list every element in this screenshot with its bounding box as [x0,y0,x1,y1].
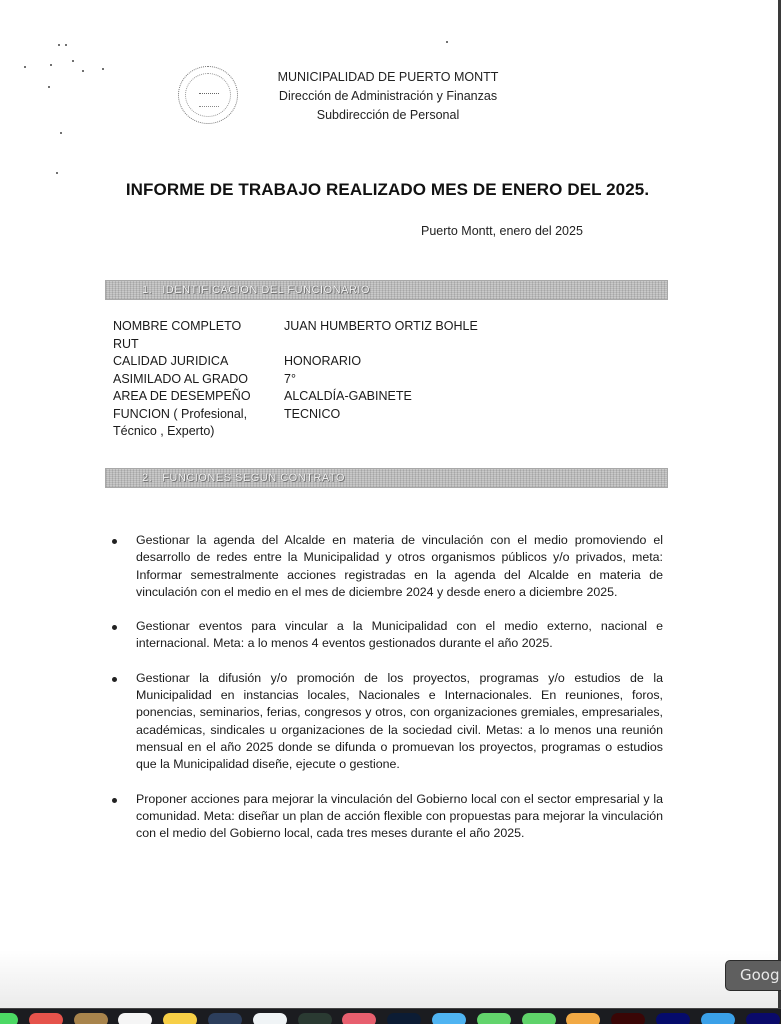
bullet-icon [112,677,117,682]
letterhead: MUNICIPALIDAD DE PUERTO MONTT Dirección … [268,68,508,125]
field-label: FUNCION ( Profesional, Técnico , Experto… [113,406,284,441]
app-orange-icon[interactable] [566,1013,600,1024]
field-value [284,336,673,354]
letterhead-subdepartment: Subdirección de Personal [268,106,508,125]
scan-speck [65,44,67,46]
field-label: AREA DE DESEMPEÑO [113,388,284,406]
list-item: Gestionar eventos para vincular a la Mun… [108,618,663,653]
bullet-icon [112,539,117,544]
scan-speck [50,64,52,66]
identification-table: NOMBRE COMPLETO JUAN HUMBERTO ORTIZ BOHL… [113,318,673,441]
app-deepblue-icon[interactable] [656,1013,690,1024]
app-pink-icon[interactable] [342,1013,376,1024]
document-title: INFORME DE TRABAJO REALIZADO MES DE ENER… [100,180,675,200]
scan-speck [58,44,60,46]
app-brown-icon[interactable] [74,1013,108,1024]
app-darkblue-icon[interactable] [387,1013,421,1024]
notes-icon[interactable] [163,1013,197,1024]
document-page: MUNICIPALIDAD DE PUERTO MONTT Dirección … [0,0,778,1000]
document-viewer: MUNICIPALIDAD DE PUERTO MONTT Dirección … [0,0,778,1008]
list-item: Gestionar la agenda del Alcalde en mater… [108,532,663,601]
section-title: IDENTIFICACION DEL FUNCIONARIO [162,284,370,296]
field-label: NOMBRE COMPLETO [113,318,284,336]
functions-list: Gestionar la agenda del Alcalde en mater… [108,532,663,859]
section-header-functions: 2.FUNCIONES SEGUN CONTRATO [105,468,668,488]
section-number: 1. [142,284,152,296]
table-row: RUT [113,336,673,354]
field-value: TECNICO [284,406,673,441]
scan-speck [24,66,26,68]
scan-speck [446,41,448,43]
field-label: CALIDAD JURIDICA [113,353,284,371]
table-row: CALIDAD JURIDICA HONORARIO [113,353,673,371]
function-text: Gestionar la difusión y/o promoción de l… [136,671,663,771]
app-white-icon[interactable] [118,1013,152,1024]
bullet-icon [112,625,117,630]
letterhead-municipality: MUNICIPALIDAD DE PUERTO MONTT [268,68,508,87]
section-header-identification: 1.IDENTIFICACION DEL FUNCIONARIO [105,280,668,300]
table-row: AREA DE DESEMPEÑO ALCALDÍA-GABINETE [113,388,673,406]
letterhead-department: Dirección de Administración y Finanzas [268,87,508,106]
field-value: JUAN HUMBERTO ORTIZ BOHLE [284,318,673,336]
finder-icon[interactable] [432,1013,466,1024]
table-row: NOMBRE COMPLETO JUAN HUMBERTO ORTIZ BOHL… [113,318,673,336]
function-text: Gestionar eventos para vincular a la Mun… [136,619,663,650]
section-number: 2. [142,472,152,484]
field-label: ASIMILADO AL GRADO [113,371,284,389]
document-date: Puerto Montt, enero del 2025 [421,224,583,238]
field-value: 7° [284,371,673,389]
list-item: Gestionar la difusión y/o promoción de l… [108,670,663,774]
app-lightblue-icon[interactable] [701,1013,735,1024]
app-indigo-icon[interactable] [746,1013,780,1024]
app-maroon-icon[interactable] [611,1013,645,1024]
app-darkgreen-icon[interactable] [298,1013,332,1024]
table-row: ASIMILADO AL GRADO 7° [113,371,673,389]
app-navy-icon[interactable] [208,1013,242,1024]
scan-speck [102,68,104,70]
scan-speck [82,70,84,72]
scan-speck [60,132,62,134]
preview-icon[interactable] [253,1013,287,1024]
scan-speck [48,86,50,88]
app-green-icon[interactable] [0,1013,18,1024]
field-value: HONORARIO [284,353,673,371]
messages-icon[interactable] [522,1013,556,1024]
scan-speck [56,172,58,174]
municipal-seal-icon [178,66,238,124]
google-translate-popup[interactable]: Goog [725,960,781,991]
scan-speck [72,60,74,62]
calendar-icon[interactable] [29,1013,63,1024]
section-title: FUNCIONES SEGUN CONTRATO [162,472,345,484]
function-text: Gestionar la agenda del Alcalde en mater… [136,533,663,599]
function-text: Proponer acciones para mejorar la vincul… [136,792,663,841]
facetime-icon[interactable] [477,1013,511,1024]
field-value: ALCALDÍA-GABINETE [284,388,673,406]
table-row: FUNCION ( Profesional, Técnico , Experto… [113,406,673,441]
bullet-icon [112,798,117,803]
field-label: RUT [113,336,284,354]
list-item: Proponer acciones para mejorar la vincul… [108,791,663,843]
